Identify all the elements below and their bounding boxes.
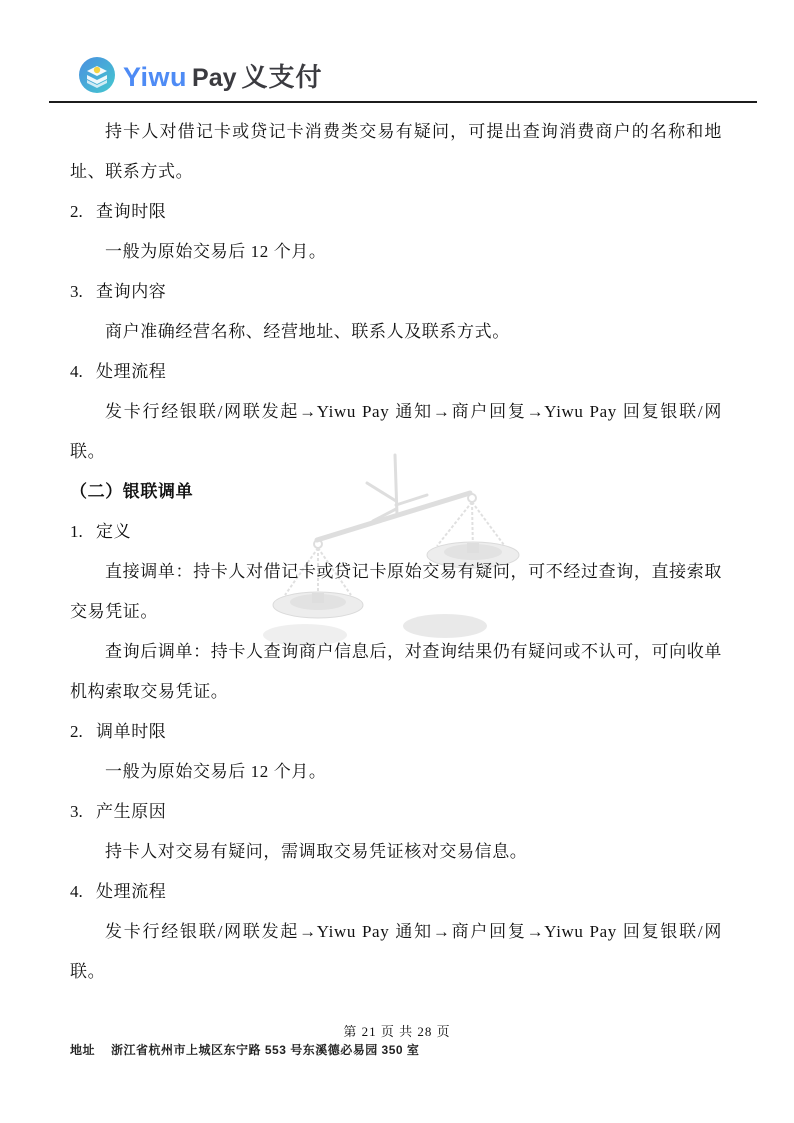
- logo-text-cn: 义支付: [242, 62, 323, 92]
- list-number: 2.: [70, 192, 96, 232]
- list-item: 1.定义: [70, 512, 722, 552]
- list-item-label: 产生原因: [96, 802, 166, 821]
- paragraph: 商户准确经营名称、经营地址、联系人及联系方式。: [70, 312, 722, 352]
- yiwupay-logo: YiwuPay义支付: [78, 56, 323, 94]
- list-item: 3.查询内容: [70, 272, 722, 312]
- list-item-label: 查询内容: [96, 282, 166, 301]
- address-label: 地址: [70, 1043, 95, 1057]
- list-number: 2.: [70, 712, 96, 752]
- list-item: 4.处理流程: [70, 872, 722, 912]
- list-item-label: 查询时限: [96, 202, 166, 221]
- list-item: 3.产生原因: [70, 792, 722, 832]
- logo-text-pay: Pay: [192, 64, 236, 92]
- header-divider: [49, 101, 757, 103]
- paragraph: 持卡人对借记卡或贷记卡消费类交易有疑问，可提出查询消费商户的名称和地址、联系方式…: [70, 112, 722, 192]
- document-body: 持卡人对借记卡或贷记卡消费类交易有疑问，可提出查询消费商户的名称和地址、联系方式…: [70, 112, 722, 992]
- paragraph: 一般为原始交易后 12 个月。: [70, 752, 722, 792]
- list-number: 3.: [70, 792, 96, 832]
- address-value: 浙江省杭州市上城区东宁路 553 号东溪德必易园 350 室: [111, 1043, 419, 1057]
- paragraph: 发卡行经银联/网联发起→Yiwu Pay 通知→商户回复→Yiwu Pay 回复…: [70, 392, 722, 472]
- logo-text-yiwu: Yiwu: [123, 62, 187, 92]
- list-item-label: 定义: [96, 522, 131, 541]
- list-item: 2.调单时限: [70, 712, 722, 752]
- yiwupay-logo-icon: [78, 56, 116, 94]
- paragraph: 查询后调单：持卡人查询商户信息后，对查询结果仍有疑问或不认可，可向收单机构索取交…: [70, 632, 722, 712]
- page-number: 第 21 页 共 28 页: [0, 1021, 794, 1040]
- list-item: 4.处理流程: [70, 352, 722, 392]
- list-item-label: 处理流程: [96, 882, 166, 901]
- list-number: 4.: [70, 872, 96, 912]
- list-number: 1.: [70, 512, 96, 552]
- logo-wordmark: YiwuPay义支付: [123, 57, 323, 94]
- list-item-label: 处理流程: [96, 362, 166, 381]
- list-number: 4.: [70, 352, 96, 392]
- list-item: 2.查询时限: [70, 192, 722, 232]
- paragraph: 持卡人对交易有疑问，需调取交易凭证核对交易信息。: [70, 832, 722, 872]
- section-heading: （二）银联调单: [70, 472, 722, 512]
- footer-address: 地址浙江省杭州市上城区东宁路 553 号东溪德必易园 350 室: [70, 1041, 419, 1058]
- list-item-label: 调单时限: [96, 722, 166, 741]
- paragraph: 直接调单：持卡人对借记卡或贷记卡原始交易有疑问，可不经过查询，直接索取交易凭证。: [70, 552, 722, 632]
- document-page: YiwuPay义支付: [0, 0, 794, 1123]
- paragraph: 发卡行经银联/网联发起→Yiwu Pay 通知→商户回复→Yiwu Pay 回复…: [70, 912, 722, 992]
- paragraph: 一般为原始交易后 12 个月。: [70, 232, 722, 272]
- list-number: 3.: [70, 272, 96, 312]
